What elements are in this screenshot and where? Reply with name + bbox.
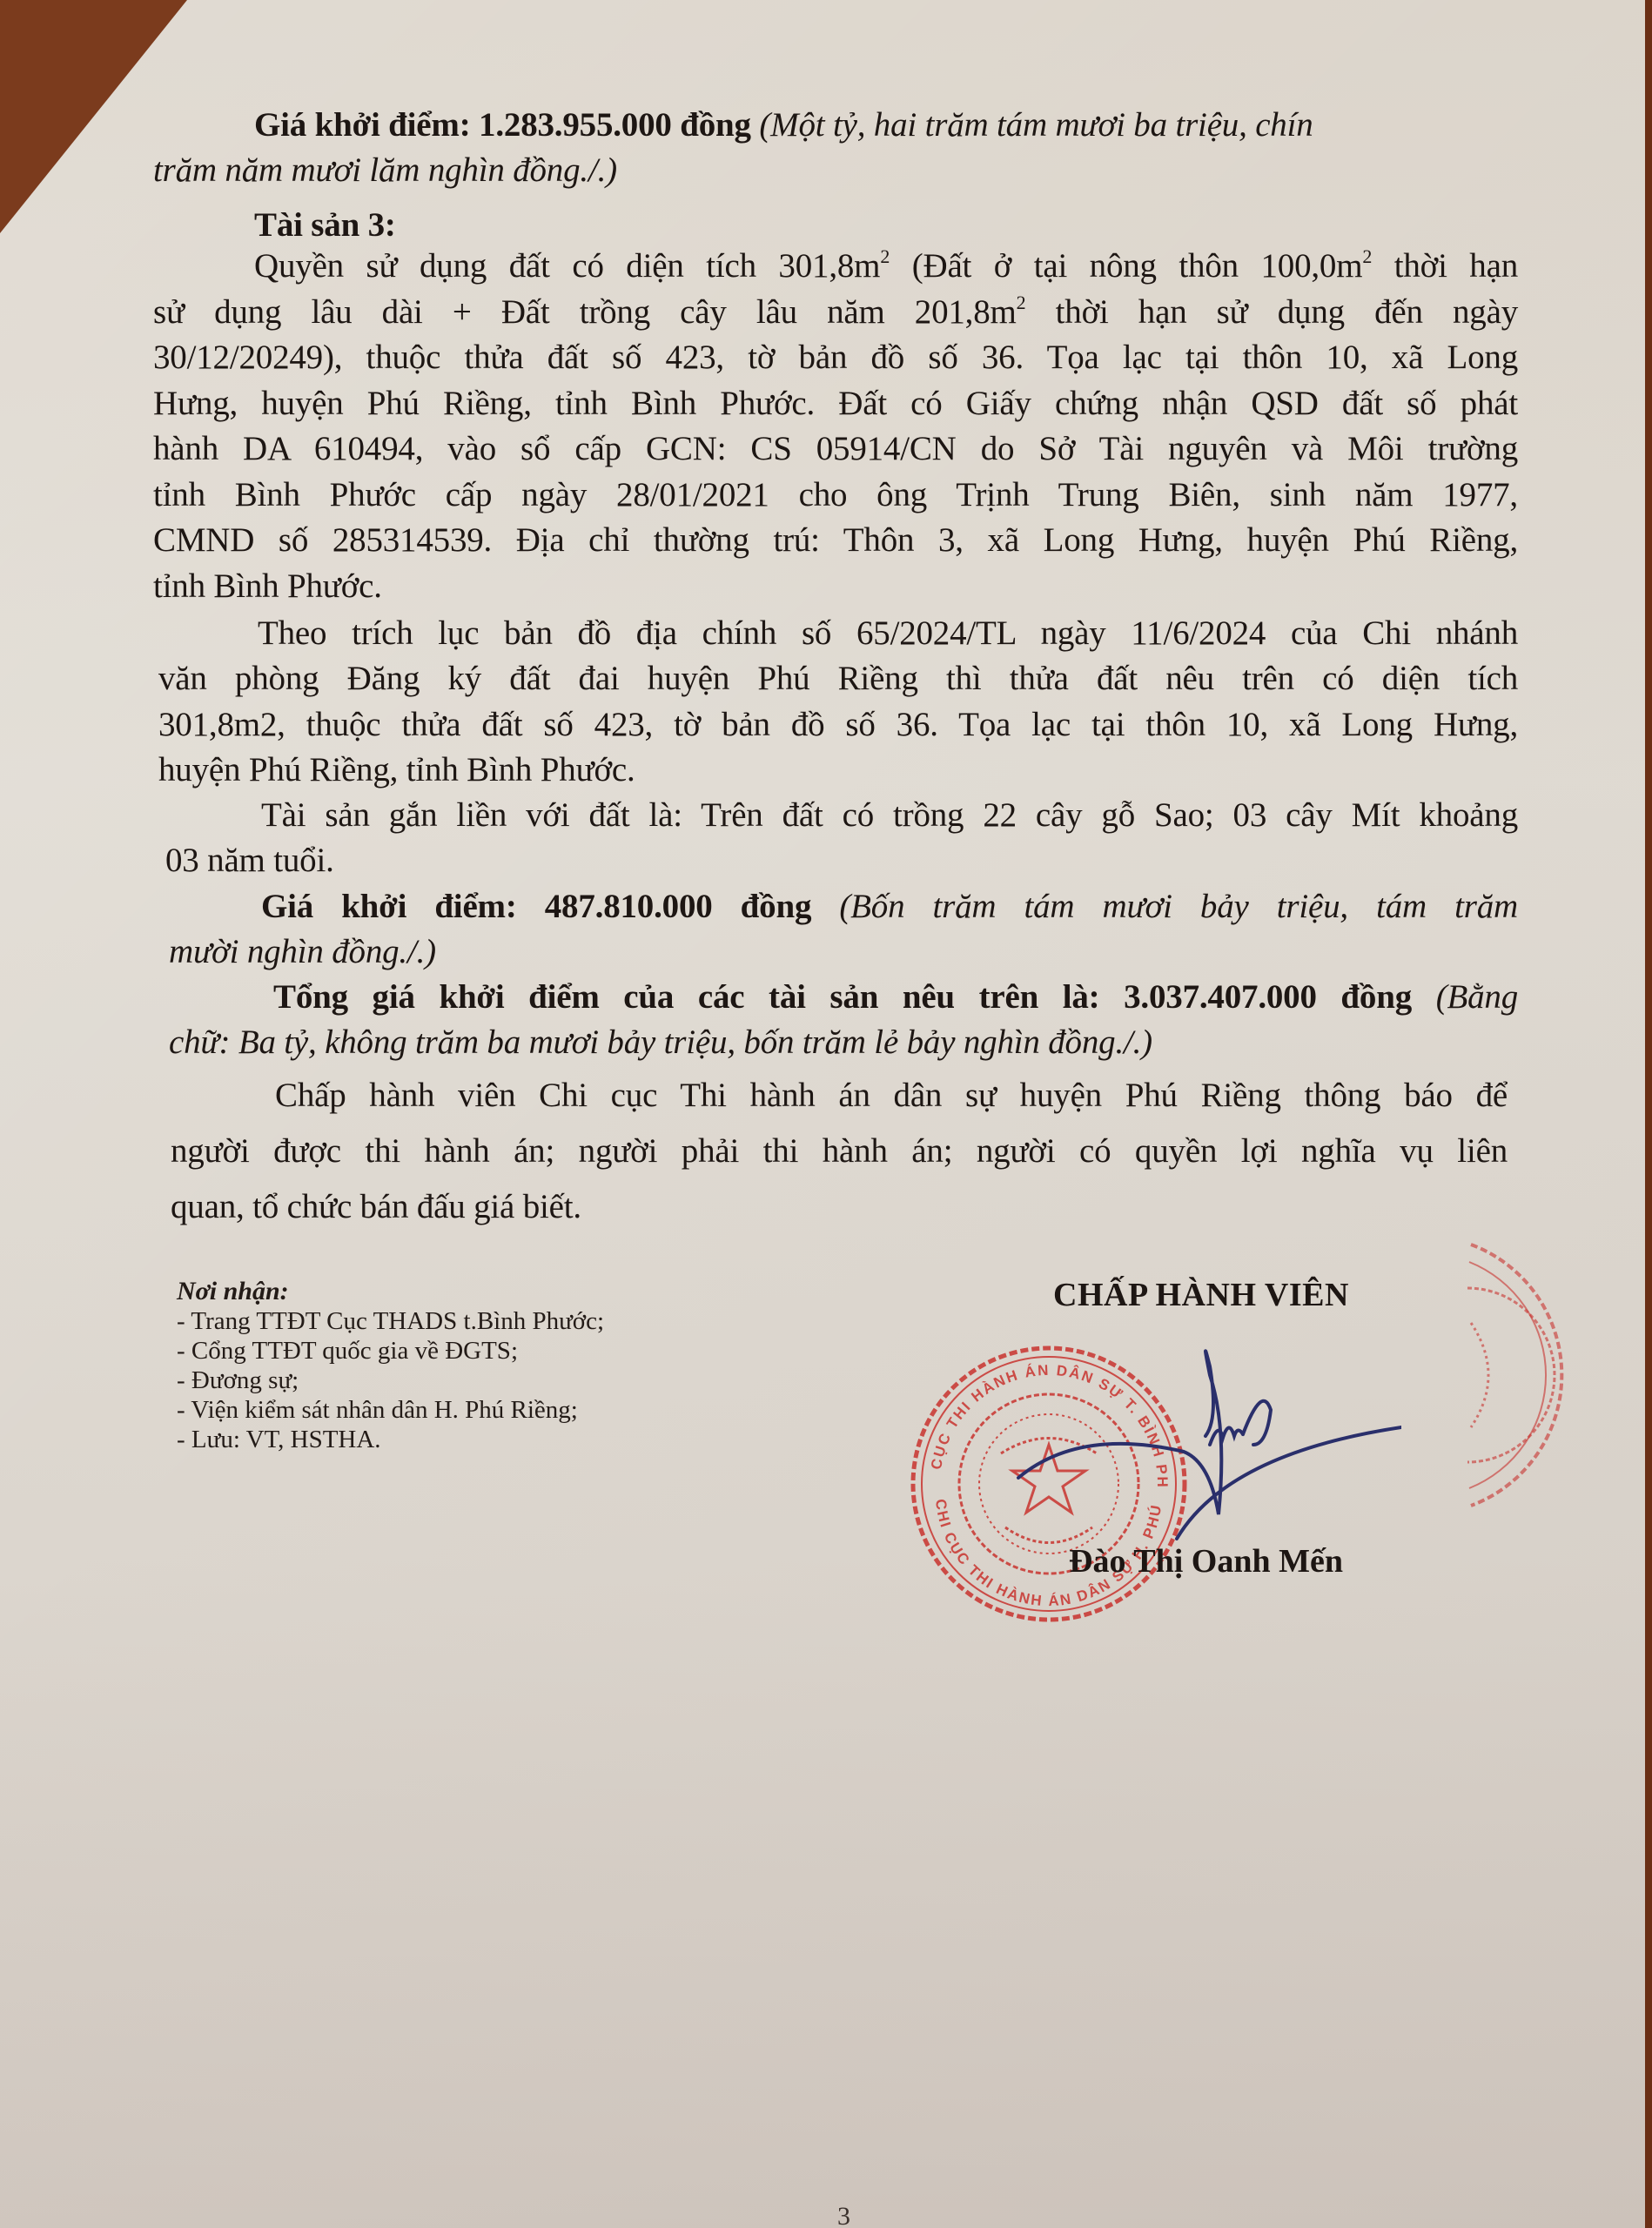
extract-line-4: huyện Phú Riềng, tỉnh Bình Phước. [158, 748, 635, 794]
total-price-words-cont: chữ: Ba tỷ, không trăm ba mươi bảy triệu… [169, 1020, 1152, 1066]
signer-title: CHẤP HÀNH VIÊN [1053, 1276, 1349, 1314]
text-run: thời hạn [1372, 247, 1518, 285]
notice-line-3: quan, tổ chức bán đấu giá biết. [171, 1184, 581, 1231]
recipient-item: - Cổng TTĐT quốc gia về ĐGTS; [177, 1336, 604, 1366]
recipients-title: Nơi nhận: [177, 1277, 604, 1306]
total-price-words: (Bằng [1436, 978, 1518, 1016]
asset3-line-1: Quyền sử dụng đất có diện tích 301,8m2 (… [254, 244, 1518, 290]
notice-line-2: người được thi hành án; người phải thi h… [171, 1129, 1508, 1175]
attached-assets-line-2: 03 năm tuổi. [165, 838, 334, 884]
recipient-item: - Lưu: VT, HSTHA. [177, 1425, 604, 1454]
recipient-item: - Đương sự; [177, 1366, 604, 1395]
recipients-block: Nơi nhận: - Trang TTĐT Cục THADS t.Bình … [177, 1277, 604, 1454]
text-run: sử dụng lâu dài + Đất trồng cây lâu năm … [153, 293, 1017, 331]
asset3-heading: Tài sản 3: [254, 203, 396, 249]
asset3-line-6: tỉnh Bình Phước cấp ngày 28/01/2021 cho … [153, 473, 1518, 519]
asset2-price-words-cont: trăm năm mươi lăm nghìn đồng./.) [153, 148, 617, 194]
total-price-line: Tổng giá khởi điểm của các tài sản nêu t… [273, 975, 1518, 1021]
attached-assets-line-1: Tài sản gắn liền với đất là: Trên đất có… [261, 793, 1518, 839]
asset3-line-5: hành DA 610494, vào sổ cấp GCN: CS 05914… [153, 426, 1518, 473]
superscript: 2 [1362, 245, 1372, 267]
asset3-line-3: 30/12/20249), thuộc thửa đất số 423, tờ … [153, 335, 1518, 381]
recipient-item: - Viện kiểm sát nhân dân H. Phú Riềng; [177, 1395, 604, 1425]
page-number: 3 [837, 2202, 850, 2228]
asset2-price: Giá khởi điểm: 1.283.955.000 đồng [254, 106, 751, 144]
asset3-price-words: (Bốn trăm tám mươi bảy triệu, tám trăm [839, 888, 1518, 925]
asset3-line-4: Hưng, huyện Phú Riềng, tỉnh Bình Phước. … [153, 381, 1518, 427]
text-run: thời hạn sử dụng đến ngày [1025, 293, 1518, 331]
text-run: Quyền sử dụng đất có diện tích 301,8m [254, 247, 880, 285]
asset3-line-8: tỉnh Bình Phước. [153, 564, 382, 610]
total-price: Tổng giá khởi điểm của các tài sản nêu t… [273, 978, 1412, 1016]
extract-line-2: văn phòng Đăng ký đất đai huyện Phú Riền… [158, 656, 1518, 702]
document-body: Giá khởi điểm: 1.283.955.000 đồng (Một t… [0, 0, 1652, 2228]
asset2-price-line: Giá khởi điểm: 1.283.955.000 đồng (Một t… [254, 103, 1513, 149]
recipient-item: - Trang TTĐT Cục THADS t.Bình Phước; [177, 1306, 604, 1336]
extract-line-1: Theo trích lục bản đồ địa chính số 65/20… [258, 611, 1518, 657]
extract-line-3: 301,8m2, thuộc thửa đất số 423, tờ bản đ… [158, 702, 1518, 748]
asset3-line-7: CMND số 285314539. Địa chỉ thường trú: T… [153, 518, 1518, 564]
signer-name: Đào Thị Oanh Mến [1069, 1542, 1343, 1580]
asset3-price-words-cont: mười nghìn đồng./.) [169, 929, 436, 976]
text-run: (Đất ở tại nông thôn 100,0m [890, 247, 1362, 285]
asset3-line-2: sử dụng lâu dài + Đất trồng cây lâu năm … [153, 290, 1518, 336]
asset3-price: Giá khởi điểm: 487.810.000 đồng [261, 888, 811, 925]
superscript: 2 [1017, 292, 1026, 313]
notice-line-1: Chấp hành viên Chi cục Thi hành án dân s… [275, 1073, 1508, 1119]
asset2-price-words: (Một tỷ, hai trăm tám mươi ba triệu, chí… [759, 106, 1313, 144]
asset3-price-line: Giá khởi điểm: 487.810.000 đồng (Bốn tră… [261, 884, 1518, 930]
superscript: 2 [880, 245, 890, 267]
